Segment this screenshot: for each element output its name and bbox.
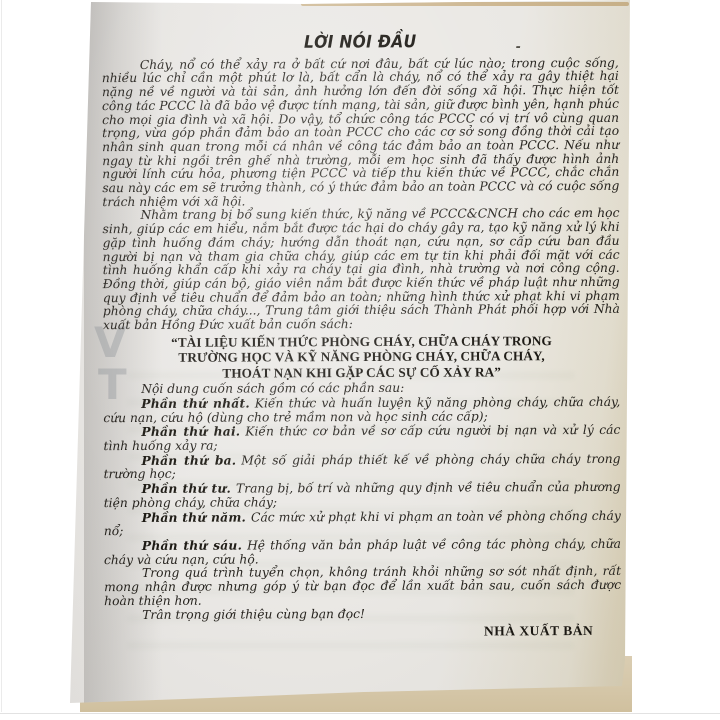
- part-label: Phần thứ năm.: [142, 509, 246, 524]
- part-item: Phần thứ ba.Một số giải pháp thiết kế về…: [104, 452, 621, 483]
- part-item: Phần thứ tư.Trang bị, bố trí và những qu…: [104, 480, 621, 511]
- title-dash: -: [516, 39, 521, 53]
- part-item: Phần thứ năm.Các mức xử phạt khi vi phạm…: [104, 508, 621, 539]
- preface-paragraph: Cháy, nổ có thể xảy ra ở bất cứ nơi đâu,…: [102, 57, 620, 210]
- closing-paragraph: Trân trọng giới thiệu cùng bạn đọc!: [104, 606, 621, 622]
- book-title-line: TRƯỜNG HỌC VÀ KỸ NĂNG PHÒNG CHÁY, CHỮA C…: [103, 348, 620, 366]
- book-title-line: THOÁT NẠN KHI GẶP CÁC SỰ CỐ XẢY RA”: [103, 364, 620, 382]
- part-label: Phần thứ tư.: [142, 481, 231, 496]
- closing-paragraph: Trong quá trình tuyển chọn, không tránh …: [104, 565, 621, 608]
- part-item: Phần thứ nhất.Kiến thức và huấn luyện kỹ…: [103, 395, 620, 426]
- photo-border-left: [1, 0, 2, 712]
- book-page-photo: V T LỜI NÓI ĐẦU - Cháy, nổ có thể xảy ra…: [0, 0, 720, 720]
- part-label: Phần thứ ba.: [141, 452, 236, 467]
- book-page: V T LỜI NÓI ĐẦU - Cháy, nổ có thể xảy ra…: [64, 0, 630, 708]
- preface-content: LỜI NÓI ĐẦU - Cháy, nổ có thể xảy ra ở b…: [102, 35, 622, 641]
- book-title: “TÀI LIỆU KIẾN THỨC PHÒNG CHÁY, CHỮA CHÁ…: [103, 333, 620, 382]
- signoff-row: NHÀ XUẤT BẢN: [104, 624, 621, 641]
- part-item: Phần thứ hai.Kiến thức cơ bản về sơ cấp …: [103, 423, 620, 454]
- page-top-edge: [301, 2, 629, 6]
- publisher-signoff: NHÀ XUẤT BẢN: [484, 623, 593, 638]
- part-label: Phần thứ sáu.: [142, 538, 242, 553]
- photo-border-bottom: [0, 713, 720, 714]
- part-item: Phần thứ sáu.Hệ thống văn bản pháp luật …: [104, 537, 621, 568]
- part-label: Phần thứ hai.: [141, 424, 240, 439]
- title-row: LỜI NÓI ĐẦU -: [102, 35, 619, 52]
- part-label: Phần thứ nhất.: [141, 395, 250, 410]
- page-title: LỜI NÓI ĐẦU: [304, 35, 417, 51]
- preface-paragraph: Nhằm trang bị bổ sung kiến thức, kỹ năng…: [102, 207, 620, 333]
